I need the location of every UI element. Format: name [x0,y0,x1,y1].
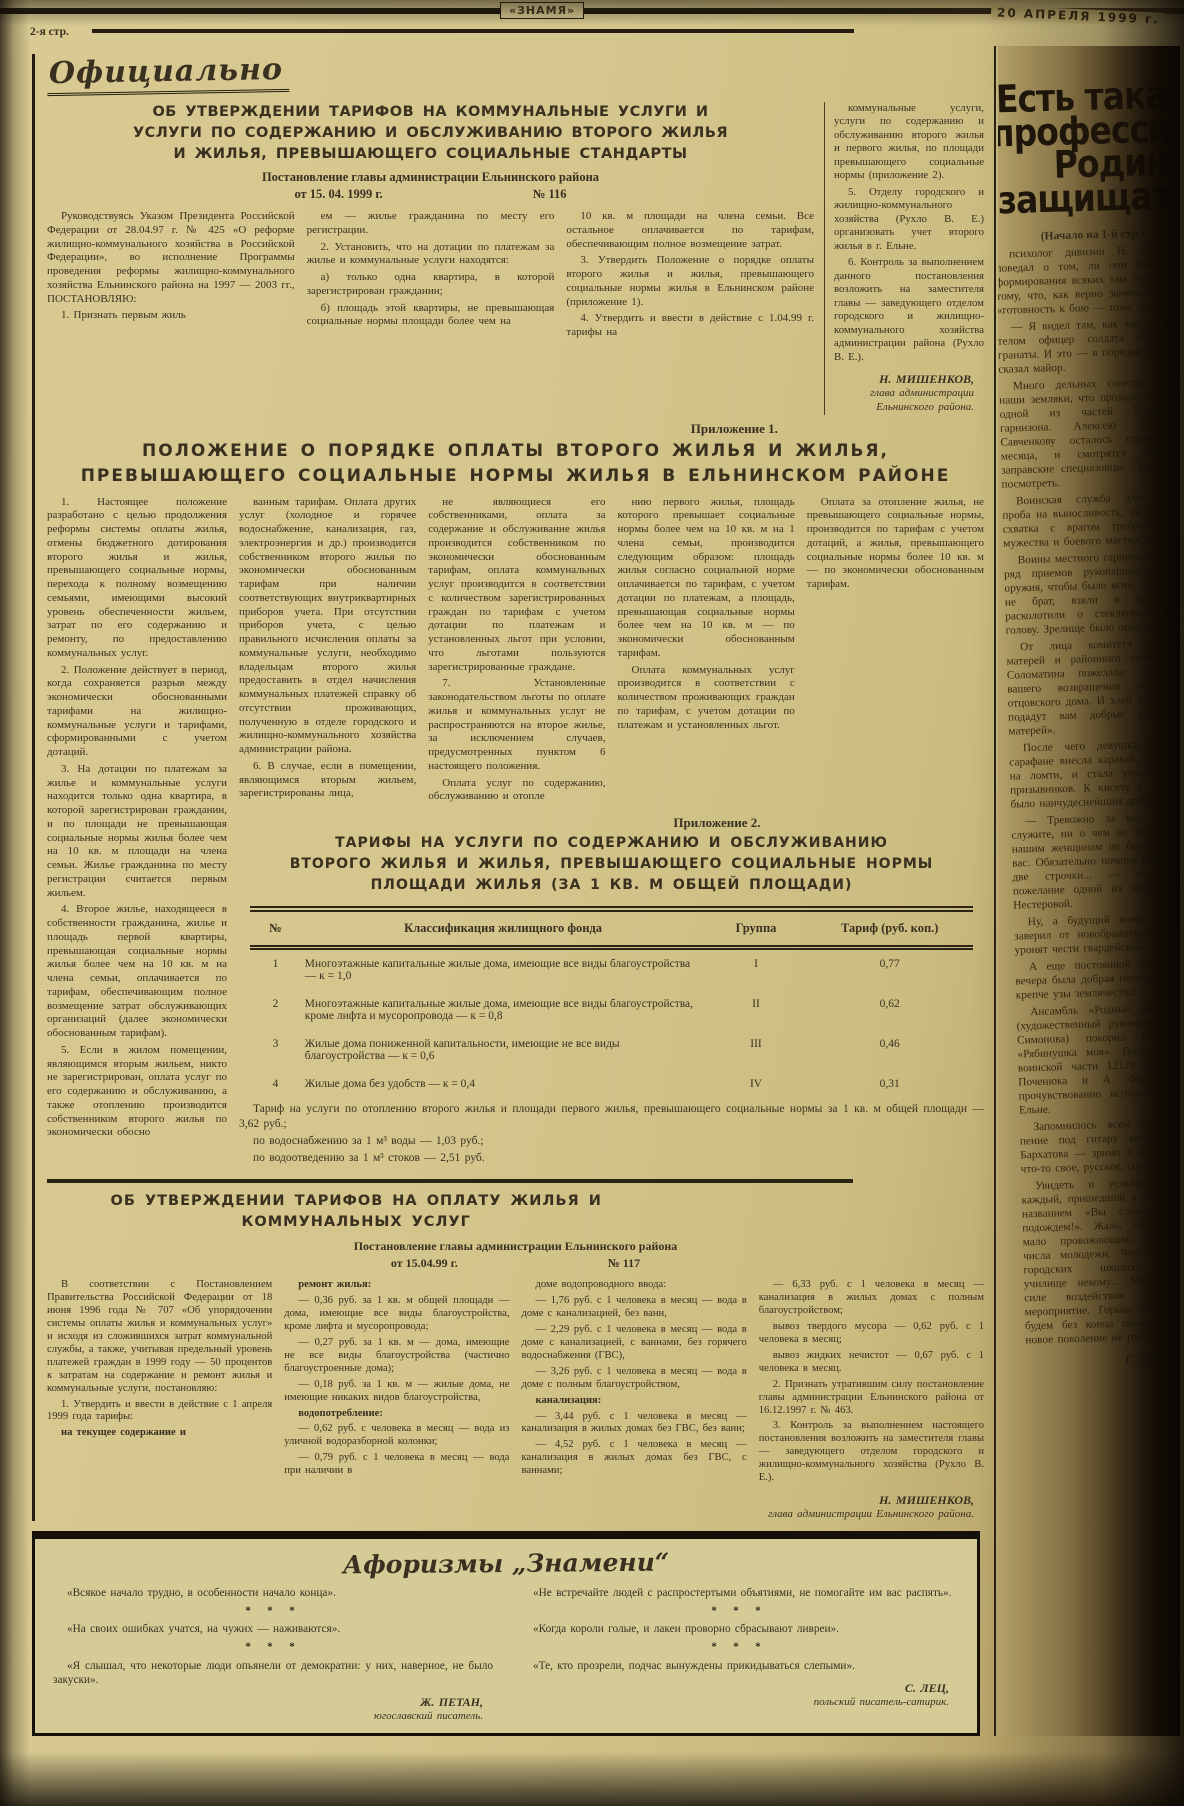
aphorisms-left: «Всякое начало трудно, в особенности нач… [53,1586,493,1723]
article1-col1: Руководствуясь Указом Президента Российс… [47,210,295,343]
article3-col4: — 6,33 руб. с 1 человека в месяц — канал… [759,1279,984,1521]
cell-class: Жилые дома пониженной капитальности, име… [301,1030,706,1070]
aphorisms-box: Афоризмы „Знамени“ «Всякое начало трудно… [32,1531,980,1736]
col-header-group: Группа [705,909,806,948]
cell-group: III [705,1030,806,1070]
cell-num: 3 [250,1030,301,1070]
article3-col4-text: — 6,33 руб. с 1 человека в месяц — канал… [759,1279,984,1485]
cell-class: Жилые дома без удобств — к = 0,4 [301,1070,706,1098]
cell-num: 2 [250,990,301,1030]
appendix2-label: Приложение 2. [239,815,761,831]
right-article-body: психолог дивизии Н. Яковлевич поведал о … [998,242,1180,1347]
signature-name: С. ЛЕЦ, [519,1681,949,1696]
article3-col1: В соответствии с Постановлением Правител… [47,1279,272,1521]
signature-name: Н. МИШЕНКОВ, [834,372,974,387]
col-header-num: № [250,909,301,948]
article1-signature: Н. МИШЕНКОВ, глава администрации Ельнинс… [834,372,984,415]
aphorisms-left-signature: Ж. ПЕТАН, югославский писатель. [53,1695,493,1724]
appendix1-col3: не являющиеся его собственниками, оплата… [428,496,605,808]
appendix1-col5: Оплата за отопление жилья, не превышающе… [807,496,984,808]
cell-tariff: 0,77 [807,948,973,991]
article3-columns: В соответствии с Постановлением Правител… [47,1279,984,1521]
appendix1-col1: 1. Настоящее положение разработано с цел… [47,496,227,1169]
article3-subhead: Постановление главы администрации Ельнин… [47,1239,984,1254]
article1-body: ОБ УТВЕРЖДЕНИИ ТАРИФОВ НА КОММУНАЛЬНЫЕ У… [47,102,814,415]
page-content: Официально ОБ УТВЕРЖДЕНИИ ТАРИФОВ НА КОМ… [0,46,1184,1736]
newspaper-page: «ЗНАМЯ» 20 АПРЕЛЯ 1999 г. 2-я стр. Офици… [0,0,1184,1806]
aphorisms-right: «Не встречайте людей с распростертыми об… [519,1586,959,1723]
aphorisms-title: Афоризмы „Знамени“ [53,1545,959,1582]
article-decree-116: ОБ УТВЕРЖДЕНИИ ТАРИФОВ НА КОММУНАЛЬНЫЕ У… [47,102,984,415]
article3-col3: доме водопроводного ввода:— 1,76 руб. с … [522,1279,747,1521]
signature-title: югославский писатель. [53,1710,483,1724]
appendix1-headline: ПОЛОЖЕНИЕ О ПОРЯДКЕ ОПЛАТЫ ВТОРОГО ЖИЛЬЯ… [47,439,984,490]
appendix2: Приложение 2. ТАРИФЫ НА УСЛУГИ ПО СОДЕРЖ… [239,815,984,1166]
col-header-class: Классификация жилищного фонда [301,909,706,948]
article1-col2: ем — жилье гражданина по месту его регис… [307,210,555,343]
main-area: Официально ОБ УТВЕРЖДЕНИИ ТАРИФОВ НА КОМ… [26,46,992,1736]
masthead-subrule [92,29,854,33]
aphorisms-right-items: «Не встречайте людей с распростертыми об… [519,1586,959,1673]
signature-title: глава администрации Ельнинского района. [834,387,974,415]
decree-number: № 116 [533,187,567,202]
right-article-signature: Г. СИМОНОВА, директор [1026,1350,1180,1384]
cell-num: 1 [250,948,301,991]
signature-name: Ж. ПЕТАН, [53,1695,483,1710]
article3-headline: ОБ УТВЕРЖДЕНИИ ТАРИФОВ НА ОПЛАТУ ЖИЛЬЯ И… [47,1191,665,1235]
cell-group: II [705,990,806,1030]
appendix1-columns: ванным тарифам. Оплата других услуг (хол… [239,496,984,808]
page-number-label: 2-я стр. [30,26,69,38]
continuation-note: (Начало на 1-й стр.) [998,226,1180,243]
table-row: 3 Жилые дома пониженной капитальности, и… [250,1030,973,1070]
appendix1-right: ванным тарифам. Оплата других услуг (хол… [239,496,984,1169]
aphorisms-columns: «Всякое начало трудно, в особенности нач… [53,1586,959,1723]
table-row: 1 Многоэтажные капитальные жилые дома, и… [250,948,973,991]
right-article-headline: Есть такаяпрофессияРодинузащищать [998,77,1180,217]
article1-col3: 10 кв. м площади на члена семьи. Все ост… [566,210,814,343]
tariff-table-body: 1 Многоэтажные капитальные жилые дома, и… [250,948,973,1099]
cell-tariff: 0,62 [807,990,973,1030]
right-article: Есть такаяпрофессияРодинузащищать (Начал… [998,46,1180,1384]
aphorisms-left-items: «Всякое начало трудно, в особенности нач… [53,1586,493,1687]
appendix1-body: 1. Настоящее положение разработано с цел… [47,496,984,1169]
col-header-tariff: Тариф (руб. коп.) [807,909,973,948]
article3-col2: ремонт жилья:— 0,36 руб. за 1 кв. м обще… [284,1279,509,1521]
paper-name: «ЗНАМЯ» [500,2,584,19]
signature-title: глава администрации Ельнинского района. [759,1508,974,1521]
article1-col4-text: коммунальные услуги, услуги по содержани… [834,102,984,364]
column-rule [994,46,996,1736]
tariff-notes: Тариф на услуги по отоплению второго жил… [239,1102,984,1166]
signature-name: Н. МИШЕНКОВ, [759,1493,974,1508]
table-row: 4 Жилые дома без удобств — к = 0,4 IV 0,… [250,1070,973,1098]
appendix1-col4: нию первого жилья, площадь которого прев… [618,496,795,808]
decree-date: от 15. 04. 1999 г. [294,187,382,202]
tariff-table: № Классификация жилищного фонда Группа Т… [250,906,973,1098]
table-row: 2 Многоэтажные капитальные жилые дома, и… [250,990,973,1030]
cell-group: I [705,948,806,991]
signature-title: польский писатель-сатирик. [519,1696,949,1710]
article1-columns: Руководствуясь Указом Президента Российс… [47,210,814,343]
right-article-column: Есть такаяпрофессияРодинузащищать (Начал… [998,46,1180,1736]
official-section: Официально ОБ УТВЕРЖДЕНИИ ТАРИФОВ НА КОМ… [32,54,984,1521]
cell-class: Многоэтажные капитальные жилые дома, име… [301,990,706,1030]
article1-subhead2: от 15. 04. 1999 г. № 116 [47,187,814,202]
aphorisms-right-signature: С. ЛЕЦ, польский писатель-сатирик. [519,1681,959,1710]
masthead: «ЗНАМЯ» 20 АПРЕЛЯ 1999 г. 2-я стр. [0,0,1184,46]
cell-class: Многоэтажные капитальные жилые дома, име… [301,948,706,991]
section-divider [47,1179,853,1183]
decree-number: № 117 [608,1256,640,1271]
article3-subhead2: от 15.04.99 г. № 117 [47,1256,984,1271]
cell-tariff: 0,31 [807,1070,973,1098]
tariff-table-head: № Классификация жилищного фонда Группа Т… [250,909,973,948]
cell-num: 4 [250,1070,301,1098]
appendix1-col2: ванным тарифам. Оплата других услуг (хол… [239,496,416,808]
appendix1-label: Приложение 1. [47,421,778,437]
article1-subhead: Постановление главы администрации Ельнин… [47,170,814,185]
article1-col4: коммунальные услуги, услуги по содержани… [824,102,984,415]
section-title: Официально [47,52,290,96]
article1-headline: ОБ УТВЕРЖДЕНИИ ТАРИФОВ НА КОММУНАЛЬНЫЕ У… [47,102,814,165]
appendix2-headline: ТАРИФЫ НА УСЛУГИ ПО СОДЕРЖАНИЮ И ОБСЛУЖИ… [239,833,984,896]
cell-group: IV [705,1070,806,1098]
article-decree-117: ОБ УТВЕРЖДЕНИИ ТАРИФОВ НА ОПЛАТУ ЖИЛЬЯ И… [47,1191,984,1521]
decree-date: от 15.04.99 г. [391,1256,458,1271]
article3-signature: Н. МИШЕНКОВ, глава администрации Ельнинс… [759,1493,984,1521]
cell-tariff: 0,46 [807,1030,973,1070]
